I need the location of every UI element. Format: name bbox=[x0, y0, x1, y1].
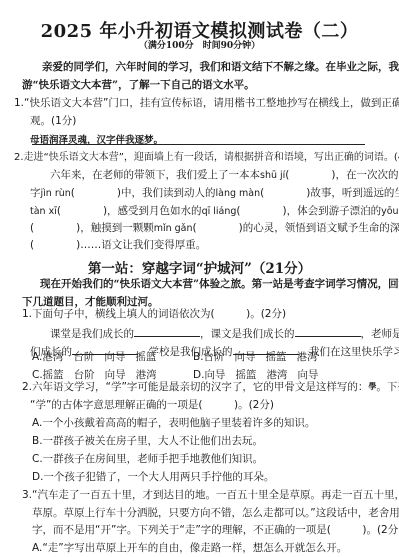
text: 2.六年语文学习，“学”字可能是最亲切的汉字了，它的甲骨文是这样写的： bbox=[22, 381, 368, 393]
writing-line[interactable] bbox=[32, 144, 365, 145]
intro-line-2: 游“快乐语文大本营”，了解一下自己的语文水平。 bbox=[22, 79, 255, 92]
s1-q3-stem-line-1: 3.“汽车走了一百五十里，才到达目的地。一百五十里全是草原。再走一百五十里，也还… bbox=[22, 489, 399, 502]
q2-line-1: 六年来，在老师的带领下，我们爱上了一本本shū jí( )，在一次次的文 bbox=[50, 169, 399, 182]
q2-line-2: 字jìn rùn( )中，我们读到动人的làng màn( )故事，听到遥远的生… bbox=[30, 187, 399, 200]
s1-q1-stem: 1.下面句子中，横线上填人的词语依次为( )。(2分) bbox=[22, 308, 286, 321]
text: ，老师是我 bbox=[361, 328, 399, 340]
answer-blank[interactable]: ( )的心灵，领悟到语文赋予生命的深刻 bbox=[193, 222, 399, 234]
s1-q2-stem-line-1: 2.六年语文学习，“学”字可能是最亲切的汉字了，它的甲骨文是这样写的：學。下列对 bbox=[22, 381, 399, 394]
text: 课堂是我们成长的 bbox=[50, 328, 134, 340]
answer-blank[interactable]: ( )，触摸到一颗颗 bbox=[30, 222, 154, 234]
option-label: B. bbox=[193, 351, 204, 364]
q2-line-3: tàn xī( )，感受到月色如水的qī liáng( )，体会到游子漂泊的yō… bbox=[30, 205, 399, 218]
exam-info: （满分100分 时间90分钟） bbox=[0, 38, 399, 51]
answer-blank[interactable] bbox=[134, 326, 200, 337]
text: 字 bbox=[30, 187, 41, 199]
word: 摇篮 bbox=[135, 351, 156, 364]
pinyin: shū jí bbox=[260, 170, 285, 181]
answer-blank[interactable]: ( )，体会到游子漂泊的 bbox=[236, 205, 381, 217]
pinyin: tàn xī bbox=[30, 206, 57, 217]
option-label: A. bbox=[32, 351, 42, 364]
s1-q3-option-a[interactable]: A.“走”字写出草原上开车的自由，像走路一样，想怎么开就怎么开。 bbox=[32, 542, 347, 555]
s1-q3-stem-line-2: 草原。草原上行车十分洒脱，只要方向不错，怎么走都可以。”这段话中，老舍用“走” bbox=[32, 507, 399, 520]
answer-blank[interactable]: ( )，感受到月色如水的 bbox=[57, 205, 202, 217]
q1-prompt-line-2: 观。(1分) bbox=[30, 115, 76, 128]
answer-blank[interactable]: ( )……语文让我们变得厚重。 bbox=[30, 239, 206, 251]
slogan: 母语润泽灵魂，汉字伴我逐梦。 bbox=[30, 134, 163, 147]
pinyin: yōu shāng bbox=[381, 206, 399, 217]
answer-blank[interactable]: ( )中，我们读到动人的 bbox=[71, 187, 216, 199]
answer-blank[interactable]: ( )故事，听到遥远的生命 bbox=[260, 187, 399, 199]
answer-blank[interactable] bbox=[295, 326, 361, 337]
q1-prompt-line-1: 1.“快乐语文大本营”门口，挂有宣传标语，请用楷书工整地抄写在横线上，做到正确、… bbox=[14, 97, 399, 110]
intro-line-1: 亲爱的同学们，六年时间的学习，我们和语文结下不解之缘。在毕业之际，我们一起畅 bbox=[42, 61, 399, 74]
word: 台阶 bbox=[204, 351, 225, 364]
s1-q2-option-d[interactable]: D.一个孩子犯错了，一个大人用两只手拧他的耳朵。 bbox=[32, 471, 274, 484]
text: 六年来，在老师的带领下，我们爱上了一本本 bbox=[50, 169, 260, 181]
word: 向导 bbox=[104, 351, 125, 364]
section-title: 第一站：穿越字词“护城河”（21分） bbox=[0, 257, 399, 277]
text: 。下列对 bbox=[376, 381, 399, 393]
pinyin: làng màn bbox=[215, 188, 260, 199]
text: ，课文是我们成长的 bbox=[200, 328, 295, 340]
word: 港湾 bbox=[42, 351, 63, 364]
option-a[interactable]: A.港湾台阶向导摇篮 bbox=[32, 351, 166, 364]
word: 向导 bbox=[235, 351, 256, 364]
word: 台阶 bbox=[73, 351, 94, 364]
q2-line-4: ( )，触摸到一颗颗mǐn gǎn( )的心灵，领悟到语文赋予生命的深刻yì y… bbox=[30, 222, 399, 235]
word: 摇篮 bbox=[266, 351, 287, 364]
answer-blank[interactable]: ( )，在一次次的文 bbox=[285, 169, 399, 181]
q2-prompt: 2.走进“快乐语文大本营”，迎面墙上有一段话，请根据拼音和语境，写出正确的词语。… bbox=[14, 151, 399, 164]
s1-q2-option-a[interactable]: A.一个小孩戴着高高的帽子，表明他脑子里装着许多的知识。 bbox=[32, 417, 315, 430]
s1-q2-stem-line-2: “学”的古体字意思理解正确的一项是( )。(2分) bbox=[30, 399, 274, 412]
section-intro-line-1: 现在开始我们的“快乐语文大本营”体验之旅。第一站是考查字词学习情况，回答以 bbox=[40, 278, 399, 291]
pinyin: jìn rùn bbox=[41, 188, 71, 199]
word: 港湾 bbox=[297, 351, 318, 364]
s1-q1-sentence-line-1: 课堂是我们成长的，课文是我们成长的，老师是我 bbox=[50, 326, 399, 341]
option-b[interactable]: B.台阶向导摇篮港湾 bbox=[193, 351, 328, 364]
pinyin: qī liáng bbox=[202, 206, 237, 217]
s1-q3-stem-line-3: 字，而不是用“开”字。下列关于“走”字的理解，不正确的一项是( )。(2分) bbox=[32, 524, 399, 537]
s1-q2-option-b[interactable]: B.一群孩子被关在房子里，大人不让他们出去玩。 bbox=[32, 435, 263, 448]
q2-line-5: ( )……语文让我们变得厚重。 bbox=[30, 239, 206, 252]
pinyin: mǐn gǎn bbox=[154, 223, 193, 234]
s1-q2-option-c[interactable]: C.一群孩子在房间里，老师手把手地教他们知识。 bbox=[32, 453, 263, 466]
